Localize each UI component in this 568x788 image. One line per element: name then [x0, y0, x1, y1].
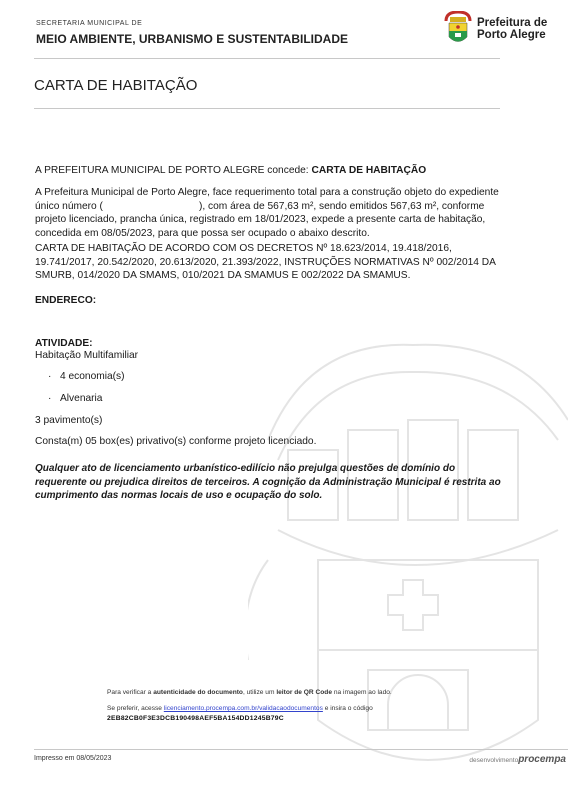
bullet-text: 4 economia(s)	[60, 371, 125, 382]
prefeitura-logo: Prefeitura de Porto Alegre	[443, 11, 547, 47]
verify-bold: leitor de QR Code	[276, 689, 332, 696]
validation-link[interactable]: licenciamento.procempa.com.br/validacaod…	[164, 705, 323, 712]
header-subtitle: SECRETARIA MUNICIPAL DE	[36, 20, 142, 27]
activity-value: Habitação Multifamiliar	[35, 349, 505, 363]
document-title: CARTA DE HABITAÇÃO	[34, 77, 197, 94]
intro-bold: CARTA DE HABITAÇÃO	[311, 165, 426, 176]
intro-line: A PREFEITURA MUNICIPAL DE PORTO ALEGRE c…	[35, 164, 505, 178]
logo-line1: Prefeitura de	[477, 17, 547, 29]
logo-line2: Porto Alegre	[477, 29, 547, 41]
bullet-icon: ·	[48, 393, 60, 404]
bullet-text: Alvenaria	[60, 393, 102, 404]
printed-date: Impresso em 08/05/2023	[34, 755, 111, 762]
verify-text: na imagem ao lado.	[332, 689, 392, 696]
verify-text: Se preferir, acesse	[107, 705, 164, 712]
document-page: SECRETARIA MUNICIPAL DE MEIO AMBIENTE, U…	[0, 0, 568, 788]
procempa-logo: procempa	[518, 754, 566, 765]
dev-label: desenvolvimento	[469, 757, 518, 764]
verify-link-line: Se preferir, acesse licenciamento.procem…	[107, 705, 373, 712]
verify-text: Para verificar a	[107, 689, 153, 696]
header-title: MEIO AMBIENTE, URBANISMO E SUSTENTABILID…	[36, 32, 348, 46]
verify-text: , utilize um	[243, 689, 276, 696]
coat-of-arms-icon	[443, 11, 473, 47]
list-item: ·4 economia(s)	[48, 371, 125, 382]
floors-text: 3 pavimento(s)	[35, 414, 505, 428]
address-label: ENDERECO:	[35, 294, 505, 308]
header-divider	[34, 58, 500, 59]
coat-of-arms-watermark-icon	[248, 300, 568, 788]
verify-bold: autenticidade do documento	[153, 689, 243, 696]
parking-text: Consta(m) 05 box(es) privativo(s) confor…	[35, 435, 505, 449]
verify-text: e insira o código	[323, 705, 373, 712]
intro-prefix: A PREFEITURA MUNICIPAL DE PORTO ALEGRE c…	[35, 165, 311, 176]
paragraph-request: A Prefeitura Municipal de Porto Alegre, …	[35, 186, 505, 240]
legal-note: Qualquer ato de licenciamento urbanístic…	[35, 462, 505, 503]
title-divider	[34, 108, 500, 109]
bullet-icon: ·	[48, 371, 60, 382]
verification-code: 2EB82CB0F3E3DCB190498AEF5BA154DD1245B79C	[107, 715, 284, 722]
verify-line: Para verificar a autenticidade do docume…	[107, 689, 392, 696]
developer-credit: desenvolvimentoprocempa	[469, 754, 566, 765]
paragraph-decrees: CARTA DE HABITAÇÃO DE ACORDO COM OS DECR…	[35, 242, 505, 283]
footer-divider	[34, 749, 568, 750]
list-item: ·Alvenaria	[48, 393, 102, 404]
